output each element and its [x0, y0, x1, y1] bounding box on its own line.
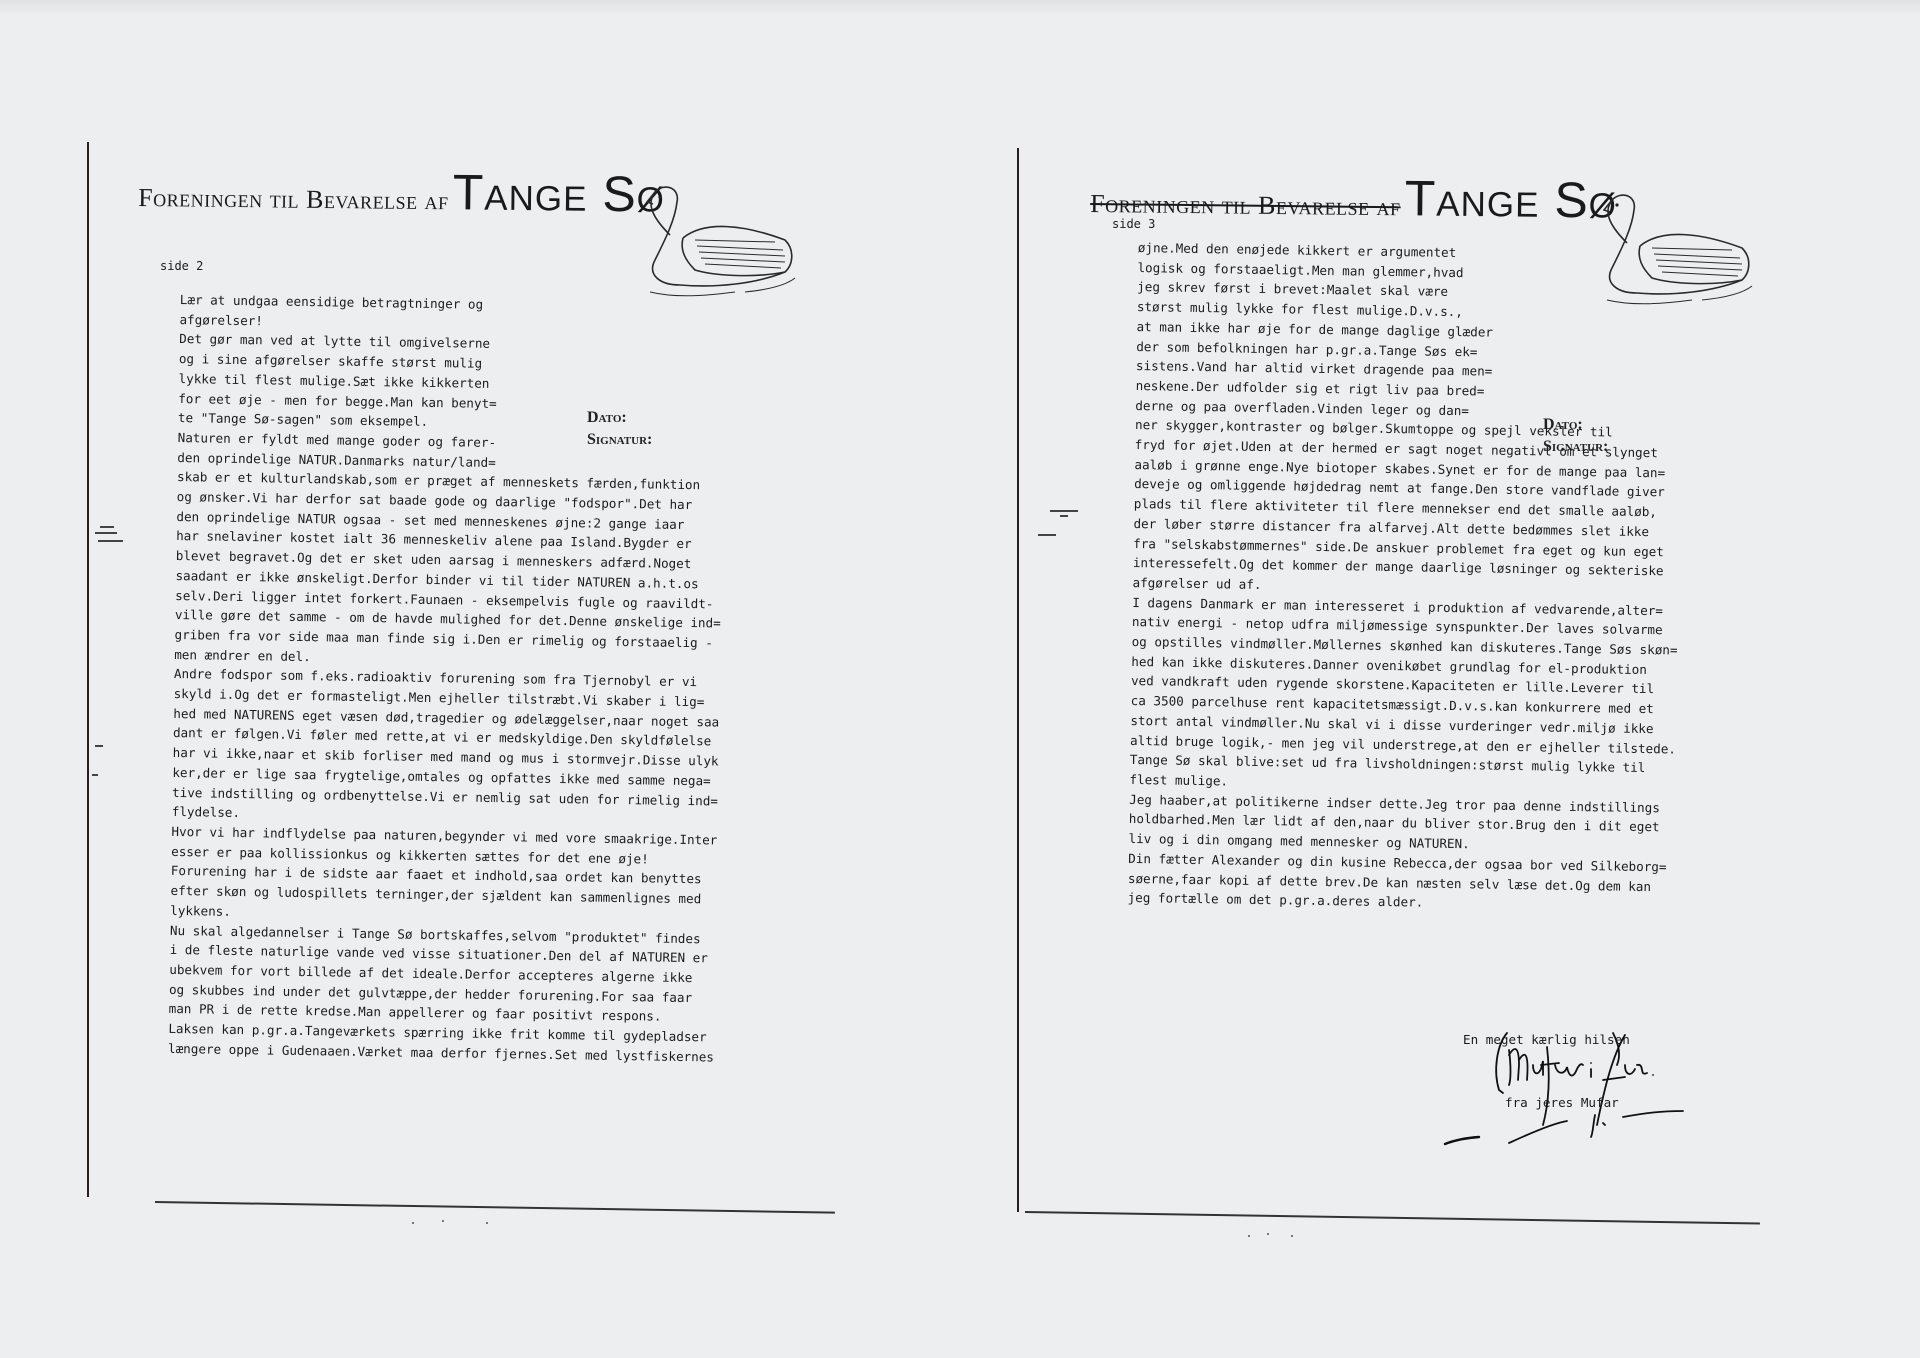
margin-mark [100, 526, 114, 528]
margin-mark [98, 540, 123, 542]
left-margin-rule [87, 142, 89, 1197]
margin-mark [95, 745, 103, 747]
margin-mark [1060, 515, 1068, 517]
margin-mark [1038, 534, 1056, 536]
swan-icon [635, 180, 805, 310]
handwritten-signature [1485, 1025, 1685, 1155]
pen-stroke-mark [1443, 1135, 1483, 1147]
letterhead-prefix: Foreningen til Bevarelse af [138, 183, 449, 215]
dust-speck [1291, 1235, 1293, 1237]
bottom-rule [155, 1201, 835, 1214]
page-label: side 3 [1112, 217, 1155, 231]
dust-speck [412, 1222, 414, 1224]
letterhead-title: Foreningen til Bevarelse af Tange Sø [1090, 166, 1617, 230]
page-label: side 2 [160, 259, 203, 273]
letter-body: Lær at undgaa eensidige betragtninger og… [168, 290, 726, 1067]
bottom-rule [1025, 1211, 1760, 1225]
left-margin-rule [1017, 148, 1019, 1212]
margin-mark [95, 532, 117, 534]
letter-body: øjne.Med den enøjede kikkert er argument… [1127, 238, 1683, 916]
letterhead-name: Tange Sø [1404, 170, 1617, 228]
letter-page-2: Foreningen til Bevarelse af Tange Sø sid… [0, 0, 900, 1358]
margin-mark [1050, 510, 1078, 512]
dust-speck [442, 1220, 444, 1222]
margin-mark [92, 774, 98, 776]
letterhead-name: Tange Sø [452, 164, 665, 222]
dust-speck [486, 1222, 488, 1224]
letter-page-3: Foreningen til Bevarelse af Tange Sø sid… [960, 0, 1920, 1358]
dust-speck [1267, 1233, 1269, 1235]
dust-speck [1248, 1235, 1250, 1237]
letterhead-title: Foreningen til Bevarelse af Tange Sø [138, 160, 665, 224]
